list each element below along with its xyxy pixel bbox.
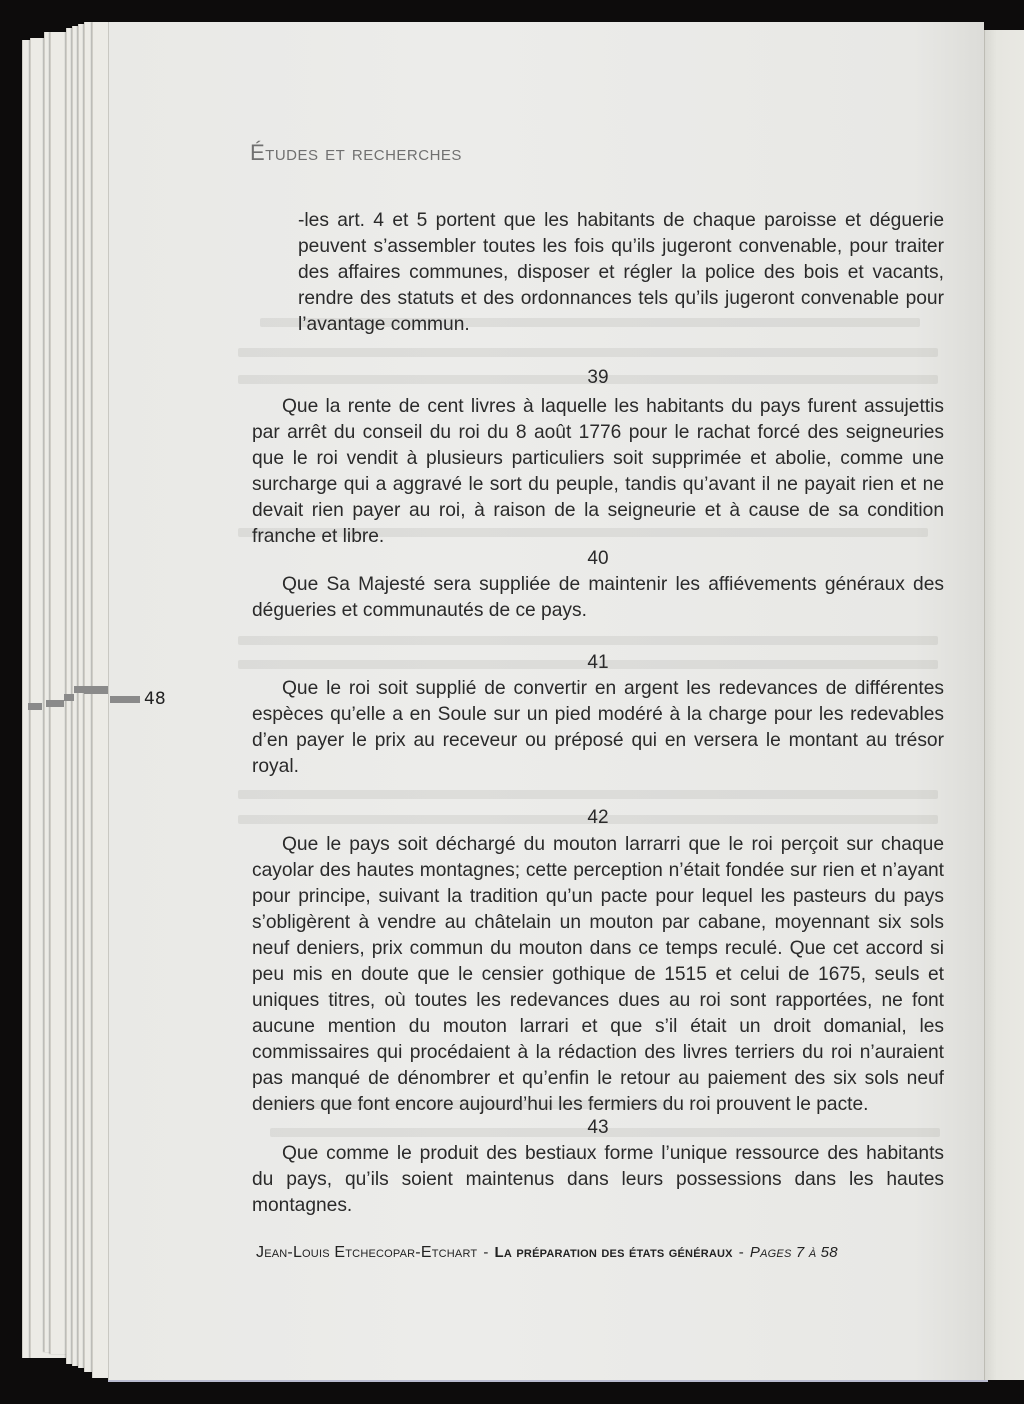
thumb-tab xyxy=(64,694,74,701)
article-number: 41 xyxy=(252,652,944,674)
thumb-tab xyxy=(28,703,42,710)
article-text: Que le pays soit déchargé du mouton larr… xyxy=(252,832,944,1118)
footer-separator: - xyxy=(483,1244,488,1261)
article-text: Que le roi soit supplié de convertir en … xyxy=(252,676,944,780)
article-text: Que Sa Majesté sera suppliée de mainteni… xyxy=(252,572,944,624)
page-number-tab xyxy=(110,696,140,703)
ghost-line xyxy=(238,348,938,357)
article-text: Que la rente de cent livres à laquelle l… xyxy=(252,394,944,550)
ghost-line xyxy=(238,636,938,645)
thumb-tab xyxy=(46,700,64,707)
article-number: 39 xyxy=(252,367,944,389)
article-text: Que comme le produit des bestiaux forme … xyxy=(252,1141,944,1219)
footer-author: Jean-Louis Etchecopar-Etchart xyxy=(256,1244,477,1261)
footer: Jean-Louis Etchecopar-Etchart-La prépara… xyxy=(256,1244,838,1262)
article-number: 40 xyxy=(252,548,944,570)
ghost-line xyxy=(238,790,938,799)
running-head: Études et recherches xyxy=(250,140,462,166)
page-number: 48 xyxy=(144,689,166,709)
page-bottom-edge xyxy=(108,1380,988,1382)
article-number: 42 xyxy=(252,807,944,829)
facing-page-edge xyxy=(984,30,1024,1380)
article-number: 43 xyxy=(252,1117,944,1139)
thumb-tab xyxy=(84,686,110,694)
footer-separator: - xyxy=(739,1244,744,1261)
footer-pages: Pages 7 à 58 xyxy=(750,1244,838,1261)
intro-quote: -les art. 4 et 5 portent que les habitan… xyxy=(298,208,944,338)
footer-title: La préparation des états généraux xyxy=(495,1244,733,1261)
